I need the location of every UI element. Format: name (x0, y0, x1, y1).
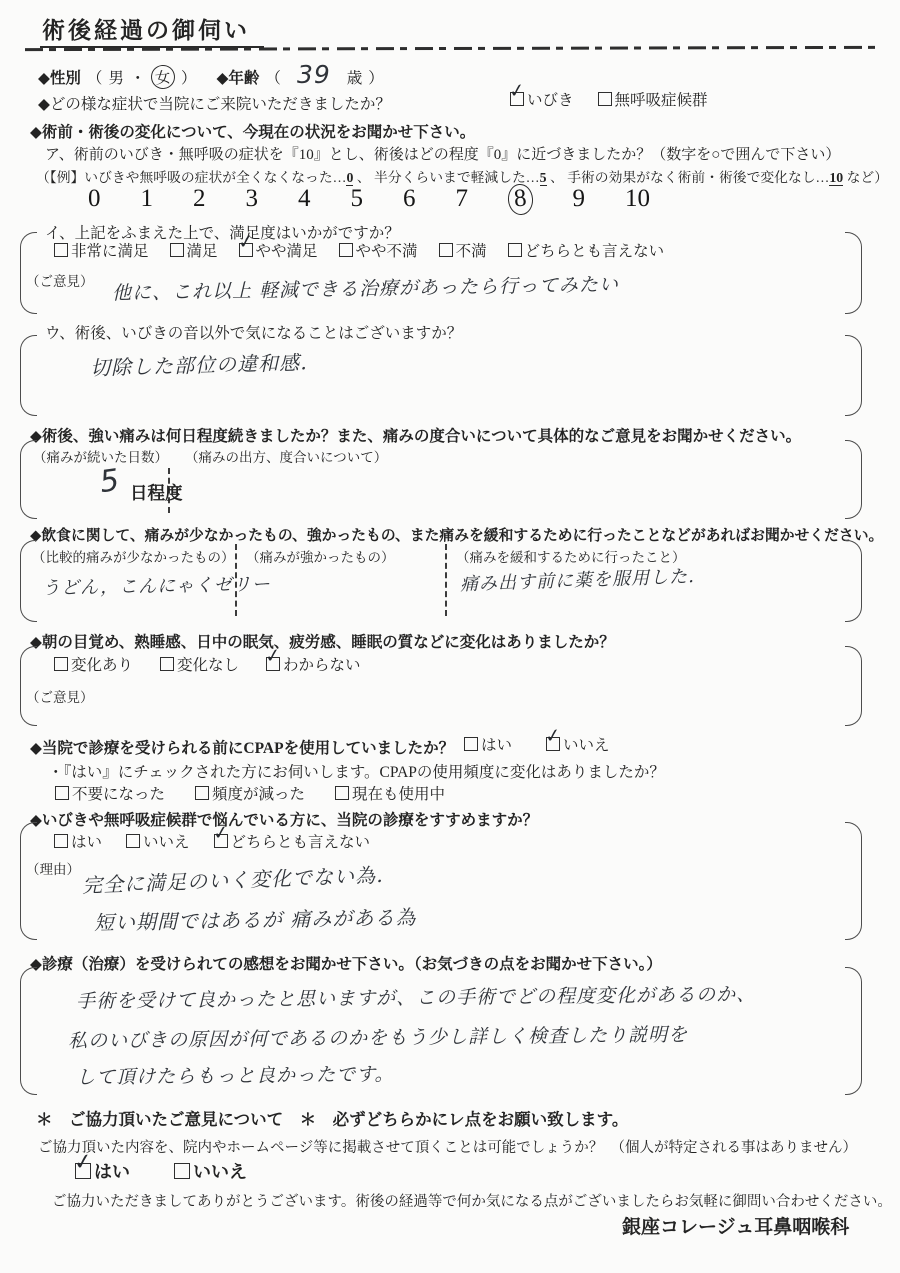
checkbox-label: 不満 (456, 239, 487, 261)
cpap-question: ◆当院で診療を受けられる前にCPAPを使用していましたか？ (30, 736, 454, 758)
pain-days-label: （痛みが続いた日数） (33, 446, 168, 466)
pain-days-value-handwritten[interactable]: 5 (98, 463, 123, 500)
checkbox-label: やや満足 (256, 239, 318, 261)
gender-option-male[interactable]: 男 (108, 66, 124, 88)
checkbox-option[interactable]: 変化あり (54, 653, 133, 675)
example-text: など） (843, 170, 888, 185)
checkbox[interactable] (339, 243, 353, 257)
check-icon: ✓ (236, 232, 254, 253)
checkbox[interactable] (54, 834, 68, 848)
checkbox-option-cpap-yes[interactable]: はい (464, 733, 512, 755)
checkbox-label: 不要になった (72, 782, 165, 804)
checkbox-label: いいえ (563, 733, 610, 755)
checkbox-label: 変化なし (177, 653, 239, 675)
questionnaire-page: 術後経過の御伺い ◆性別 （ 男 ・ 女 ） ◆年齢 （ 39 歳 ） ◆どの様… (0, 0, 900, 1273)
checkbox[interactable]: ✓ (75, 1163, 91, 1179)
scale-number-1[interactable]: 1 (141, 185, 154, 213)
rating-scale: 0 1 2 3 4 5 6 7 8 9 10 (88, 181, 650, 217)
checkbox-option[interactable]: ✓わからない (266, 653, 361, 675)
scale-number-4[interactable]: 4 (298, 185, 311, 213)
checkbox-option-ibiki[interactable]: ✓ いびき (510, 88, 574, 110)
checkbox-label: どちらとも言えない (525, 239, 665, 261)
scale-number-5[interactable]: 5 (351, 185, 364, 213)
recommend-reason-line2-handwritten[interactable]: 短い期間ではあるが 痛みがある為 (94, 901, 417, 936)
scale-number-10[interactable]: 10 (625, 185, 650, 213)
impressions-line3-handwritten[interactable]: して頂けたらもっと良かったです。 (76, 1059, 395, 1089)
checkbox[interactable] (54, 243, 68, 257)
checkbox-option[interactable]: はい (54, 830, 102, 852)
sleep-comment-box: 変化あり 変化なし ✓わからない （ご意見） (20, 646, 862, 726)
checkbox[interactable] (464, 737, 478, 751)
recommend-reason-line1-handwritten[interactable]: 完全に満足のいく変化でない為． (82, 859, 398, 899)
checkbox-label: 変化あり (71, 653, 133, 675)
reason-label: （理由） (26, 858, 80, 878)
gender-label: ◆性別 (38, 66, 81, 88)
checkbox[interactable]: ✓ (214, 834, 228, 848)
scale-number-0[interactable]: 0 (88, 185, 101, 213)
impressions-line2-handwritten[interactable]: 私のいびきの原因が何であるのかをもう少し詳しく検査したり説明を (68, 1020, 688, 1053)
scale-number-6[interactable]: 6 (403, 185, 416, 213)
check-icon: ✓ (211, 823, 229, 844)
checkbox-option[interactable]: 非常に満足 (54, 239, 149, 261)
concerns-answer-box: 切除した部位の違和感． (20, 335, 862, 416)
recommend-reason-box: はい いいえ ✓どちらとも言えない （理由） 完全に満足のいく変化でない為． 短… (20, 822, 862, 940)
checkbox-option-mukokyu[interactable]: 無呼吸症候群 (598, 88, 708, 110)
cpap-sub-question: ・『はい』にチェックされた方にお伺いします。CPAPの使用頻度に変化はありました… (48, 760, 665, 782)
checkbox-label: やや不満 (356, 239, 418, 261)
checkbox-label: 無呼吸症候群 (615, 88, 708, 110)
checkbox[interactable]: ✓ (266, 657, 280, 671)
clinic-name: 銀座コレージュ耳鼻咽喉科 (622, 1212, 849, 1239)
checkbox-option-cpap-no[interactable]: ✓いいえ (546, 733, 610, 755)
paren: ） (368, 66, 384, 88)
pain-desc-label: （痛みの出方、度合いについて） (185, 446, 387, 466)
checkbox[interactable] (174, 1163, 190, 1179)
checkbox[interactable] (439, 243, 453, 257)
comment-label: （ご意見） (26, 686, 94, 706)
checkbox[interactable]: ✓ (546, 737, 560, 751)
scale-number-7[interactable]: 7 (456, 185, 469, 213)
change-heading: ◆術前・術後の変化について、今現在の状況をお聞かせ下さい。 (30, 120, 475, 142)
checkbox[interactable] (55, 786, 69, 800)
checkbox-option[interactable]: 頻度が減った (195, 782, 305, 804)
checkbox[interactable] (598, 92, 612, 106)
page-title: 術後経過の御伺い (40, 18, 264, 48)
scale-number-8-circled[interactable]: 8 (507, 182, 534, 215)
checkbox-option[interactable]: 現在も使用中 (335, 782, 445, 804)
eating-col1-answer-handwritten[interactable]: うどん，こんにゃくゼリー (42, 570, 271, 600)
checkbox[interactable] (160, 657, 174, 671)
separator-dot: ・ (130, 66, 146, 88)
concerns-answer-handwritten[interactable]: 切除した部位の違和感． (90, 346, 322, 381)
checkbox-label: 満足 (187, 239, 218, 261)
scale-number-2[interactable]: 2 (193, 185, 206, 213)
checkbox-label: 非常に満足 (71, 239, 149, 261)
eating-col1-label: （比較的痛みが少なかったもの） (32, 546, 235, 566)
scale-number-9[interactable]: 9 (573, 185, 586, 213)
change-sub-a: ア、術前のいびき・無呼吸の症状を『10』とし、術後はどの程度『0』に近づきました… (45, 143, 840, 164)
checkbox-option[interactable]: 満足 (170, 239, 218, 261)
pain-answer-box: （痛みが続いた日数） （痛みの出方、度合いについて） 5 日程度 (20, 440, 862, 519)
checkbox-option-publish-no[interactable]: いいえ (174, 1158, 247, 1184)
scale-number-3[interactable]: 3 (246, 185, 259, 213)
eating-answer-box: （比較的痛みが少なかったもの） （痛みが強かったもの） （痛みを緩和するために行… (20, 540, 862, 622)
checkbox[interactable]: ✓ (239, 243, 253, 257)
checkbox[interactable] (170, 243, 184, 257)
gender-option-female-circled[interactable]: 女 (150, 64, 176, 90)
checkbox-label: いいえ (143, 830, 190, 852)
satisfaction-comment-handwritten[interactable]: 他に、これ以上 軽減できる治療があったら行ってみたい (112, 270, 619, 306)
checkbox-label: はい (71, 830, 102, 852)
checkbox-label: わからない (283, 653, 361, 675)
footer-thanks: ご協力いただきましてありがとうございます。術後の経過等で何か気になる点がございま… (52, 1190, 892, 1211)
impressions-answer-box: 手術を受けて良かったと思いますが、この手術でどの程度変化があるのか、 私のいびき… (20, 967, 862, 1095)
checkbox[interactable]: ✓ (510, 92, 524, 106)
checkbox[interactable] (126, 834, 140, 848)
checkbox-label: はい (481, 733, 512, 755)
checkbox-label: はい (94, 1158, 130, 1184)
comment-label: （ご意見） (26, 270, 94, 290)
column-divider (445, 544, 447, 616)
checkbox[interactable] (54, 657, 68, 671)
checkbox-option[interactable]: 不満 (439, 239, 487, 261)
age-label: ◆年齢 (217, 66, 260, 88)
paren: （ (265, 66, 281, 88)
checkbox[interactable] (195, 786, 209, 800)
check-icon: ✓ (73, 1151, 94, 1175)
checkbox-label: 現在も使用中 (352, 782, 445, 804)
checkbox-label: いびき (527, 88, 574, 110)
footer-question: ご協力頂いた内容を、院内やホームページ等に掲載させて頂くことは可能でしょうか？ … (38, 1136, 857, 1157)
checkbox-option[interactable]: 変化なし (160, 653, 239, 675)
check-icon: ✓ (544, 726, 562, 747)
checkbox-option[interactable]: どちらとも言えない (508, 239, 665, 261)
checkbox[interactable] (508, 243, 522, 257)
checkbox-option[interactable]: ✓やや満足 (239, 239, 318, 261)
satisfaction-comment-box: 非常に満足 満足 ✓やや満足 やや不満 不満 どちらとも言えない （ご意見） 他… (20, 232, 862, 314)
checkbox-option[interactable]: ✓どちらとも言えない (214, 830, 371, 852)
footer-heading: ＊ ご協力頂いたご意見について ＊ 必ずどちらかにレ点をお願い致します。 (36, 1106, 628, 1130)
age-unit: 歳 (347, 66, 363, 88)
check-icon: ✓ (508, 81, 526, 102)
checkbox-label: どちらとも言えない (231, 830, 371, 852)
checkbox-option[interactable]: やや不満 (339, 239, 418, 261)
pain-days-unit: 日程度 (130, 480, 183, 505)
check-icon: ✓ (264, 646, 282, 667)
checkbox-option[interactable]: いいえ (126, 830, 190, 852)
checkbox-option-publish-yes[interactable]: ✓はい (75, 1158, 130, 1184)
impressions-line1-handwritten[interactable]: 手術を受けて良かったと思いますが、この手術でどの程度変化があるのか、 (76, 979, 756, 1013)
symptom-question: ◆どの様な症状で当院にご来院いただきましたか？ (38, 92, 391, 114)
checkbox[interactable] (335, 786, 349, 800)
checkbox-label: いいえ (193, 1158, 247, 1184)
eating-col2-label: （痛みが強かったもの） (246, 546, 395, 566)
example-value-10: 10 (829, 170, 843, 186)
age-value-handwritten[interactable]: 39 (297, 60, 331, 89)
checkbox-option[interactable]: 不要になった (55, 782, 165, 804)
checkbox-label: 頻度が減った (212, 782, 305, 804)
paren: ） (181, 66, 197, 88)
paren: （ (87, 66, 103, 88)
eating-col3-answer-handwritten[interactable]: 痛み出す前に薬を服用した． (460, 562, 708, 597)
